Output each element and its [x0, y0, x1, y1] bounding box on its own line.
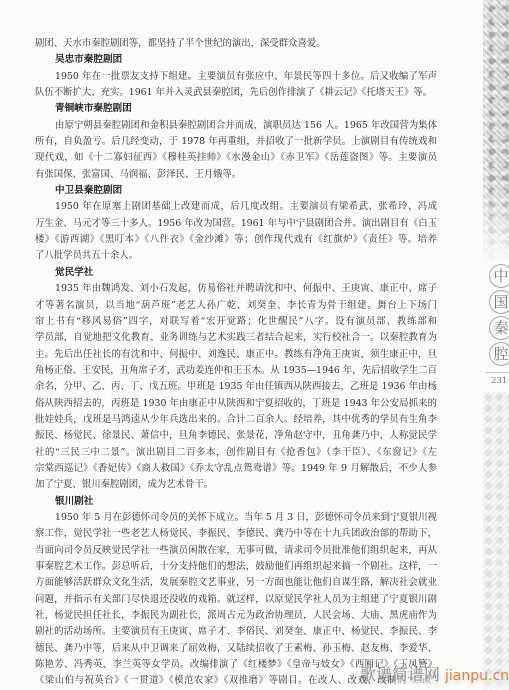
paragraph-line: 1950 年 5 月在彭德怀司令员的关怀下成立。当年 5 月 3 日，彭德怀司令… — [35, 510, 437, 526]
paragraph-line: 社的“三民三中二景”。演出剧目二百多本，创作剧目有《抢香包》（李干臣）、《东窗记… — [35, 445, 437, 461]
margin-pattern-decoration-lower — [483, 392, 509, 690]
site-watermark: 歌谱简谱网jianpu.cn — [360, 662, 509, 685]
paragraph-line: 才等著名演员，以当地“葫芦班”老艺人孙广乾、刘癸奎、李长青为骨干组建。舞台上下场… — [35, 298, 437, 314]
paragraph-line: 1950 年在原塞上剧团基础上改建而成，后几度改组。主要演员有梁希武、张希玲、冯… — [35, 199, 437, 215]
paragraph-line: 了八批学员共五十余人。 — [35, 248, 437, 264]
page-number: 231 — [491, 376, 507, 386]
side-title-char: 中 — [489, 264, 509, 288]
paragraph-line: 楼》《游西湖》《黑叮本》《八件衣》《金沙滩》等；创作现代戏有《红旗炉》《责任》等… — [35, 232, 437, 248]
side-title-char: 腔 — [489, 342, 509, 366]
paragraph-line: 俗从陕西招去的，丙班是 1930 年由康正中从陕西和宁夏招收的，丁班是 1943… — [35, 396, 437, 412]
paragraph-line: 万生金、马元才等三十多人。1956 年改为国营。1961 年与中宁县剧团合并。演… — [35, 216, 437, 232]
paragraph-line: 加了宁夏、银川秦腔剧团，成为艺术骨干。 — [35, 477, 437, 493]
paragraph-line: 所有，自负盈亏。后几经变动，于 1978 年再重组，并招收了一批新学员。上演剧目… — [35, 134, 437, 150]
section-heading: 银川剧社 — [35, 494, 437, 510]
watermark-domain-text: jianpu.cn — [445, 668, 509, 684]
paragraph-line: 社，杨觉民担任社长，李振民为副社长，派周占元为政治协理员，人民会场、大庙、黑虎庙… — [35, 608, 437, 624]
paragraph-line: 事秦腔艺术工作。彭总听后，十分支持他们的想法，鼓励他们再组织起来搞一个剧社。这样… — [35, 559, 437, 575]
side-title-char: 国 — [489, 290, 509, 314]
paragraph-line: 问题，并指示有关部门尽快退还没收的戏箱。就这样，以原觉民学社人员为主组建了宁夏银… — [35, 592, 437, 608]
paragraph-line: 察工作，觉民学社一些老艺人杨觉民、李振民、李德民、龚乃中等在十九兵团政治部的帮助… — [35, 526, 437, 542]
paragraph-line: 方面能够活跃群众文化生活，发展秦腔文艺事业，另一方面也能让他们自谋生路，解决社会… — [35, 575, 437, 591]
page-number-rule — [486, 372, 509, 373]
paragraph-line: 当面向司令员反映觉民学社一些演员闲散在家，无事可做，请求司令员批准他们组织起来，… — [35, 543, 437, 559]
paragraph-line: 主。先后出任社长的有沈和中、何振中、刘逸民、康正中。教练有净角王庚寅，须生康正中… — [35, 347, 437, 363]
paragraph-line: 1950 年在一批票友支持下组建。主要演员有张应中、年景民等四十多位。后又收编了… — [35, 69, 437, 85]
paragraph-line: 有张国保、张富国、马润福、彭泽民、王月娥等。 — [35, 167, 437, 183]
paragraph-line: 现代戏，如《十二寡妇征西》《穆桂英挂帅》《水漫金山》《赤卫军》《岳莲盗图》等。主… — [35, 150, 437, 166]
paragraph-line: 队伍不断扩大、充实。1961 年并入灵武县秦腔团，先后创作排演了《耕云记》《托塔… — [35, 85, 437, 101]
paragraph-line: 宗棠西巡记》《香妃传》《商人救国》《乔太守乱点鸳鸯谱》等。1949 年 9 月解… — [35, 461, 437, 477]
paragraph-line: 振民、杨觉民、徐景民、萧信中，旦角李德民、张景花，净角赵守中，丑角龚乃中，人称觉… — [35, 428, 437, 444]
section-heading: 青铜峡市秦腔剧团 — [35, 101, 437, 117]
side-title-char: 秦 — [489, 316, 509, 340]
paragraph-line: 学员部，自觉地把文化教育、业务训练与艺术实践三者结合起来，实行校社合一。以秦腔教… — [35, 330, 437, 346]
paragraph-line: 剧团、天水市秦腔剧团等，都坚持了半个世纪的演出，深受群众喜爱。 — [35, 36, 437, 52]
margin-pattern-decoration — [483, 0, 509, 265]
paragraph-line: 角杨正俗、王安民，丑角席子才，武功姜连仲和王玉木。从 1935—1946 年，先… — [35, 363, 437, 379]
document-body: 剧团、天水市秦腔剧团等，都坚持了半个世纪的演出，深受群众喜爱。 吴忠市秦腔剧团 … — [35, 36, 437, 690]
paragraph-line: 德民、龚乃中等，后来从中卫调来了屈效梅，又陆续招收了王素梅、孙玉梅、赵友梅、李爱… — [35, 641, 437, 657]
paragraph-line: 由原宁朔县秦腔剧团和金积县秦腔剧团合并而成，演职员达 156 人。1965 年改… — [35, 118, 437, 134]
section-heading: 觉民学社 — [35, 265, 437, 281]
paragraph-line: 1935 年由魏鸿发、刘小石发起，仿易俗社并聘请沈和中、何振中、王庚寅、康正中、… — [35, 281, 437, 297]
paragraph-line: 余名，分甲、乙、丙、丁、戊五班。甲班是 1935 年由任镇西从陕西接去，乙班是 … — [35, 379, 437, 395]
watermark-cn-text: 歌谱简谱网 — [360, 665, 440, 684]
paragraph-line: 批娃娃兵，戊班是马鸿逵从少年兵选出来的。合计二百余人。经培养，其中优秀的学员有生… — [35, 412, 437, 428]
section-heading: 中卫县秦腔剧团 — [35, 183, 437, 199]
section-heading: 吴忠市秦腔剧团 — [35, 52, 437, 68]
paragraph-line: 帘上书有“移风易俗”四字，对联写着“宏开觉路；化世醒民”八字。设有演员部、教练部… — [35, 314, 437, 330]
paragraph-line: 剧社的活动场所。主要演员有王庚寅、席子才、李俗民、刘癸奎、康正中、杨觉民、李振民… — [35, 624, 437, 640]
